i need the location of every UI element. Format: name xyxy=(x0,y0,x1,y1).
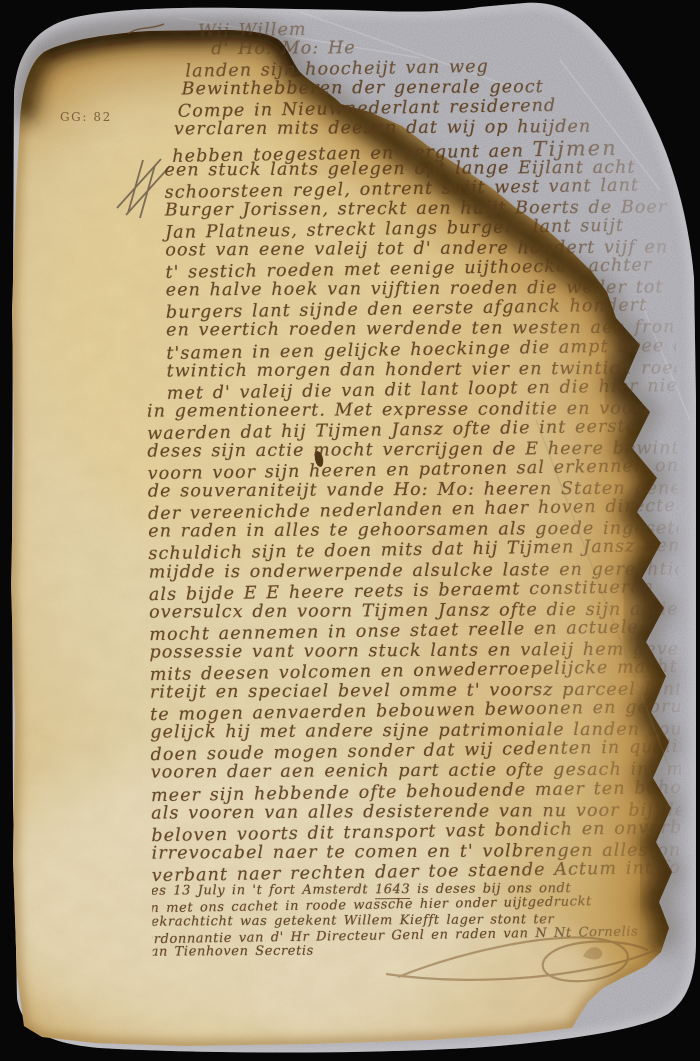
manuscript-text-block: Wij Willemd' Ho: Mo: Helanden sijn hooch… xyxy=(143,15,683,1000)
photo-stage: GG: 82 Wij Willemd' Ho: Mo: Helanden sij… xyxy=(0,0,700,1061)
archival-number: GG: 82 xyxy=(60,110,112,124)
manuscript-line: van Tienhoven Secretis xyxy=(143,942,683,961)
